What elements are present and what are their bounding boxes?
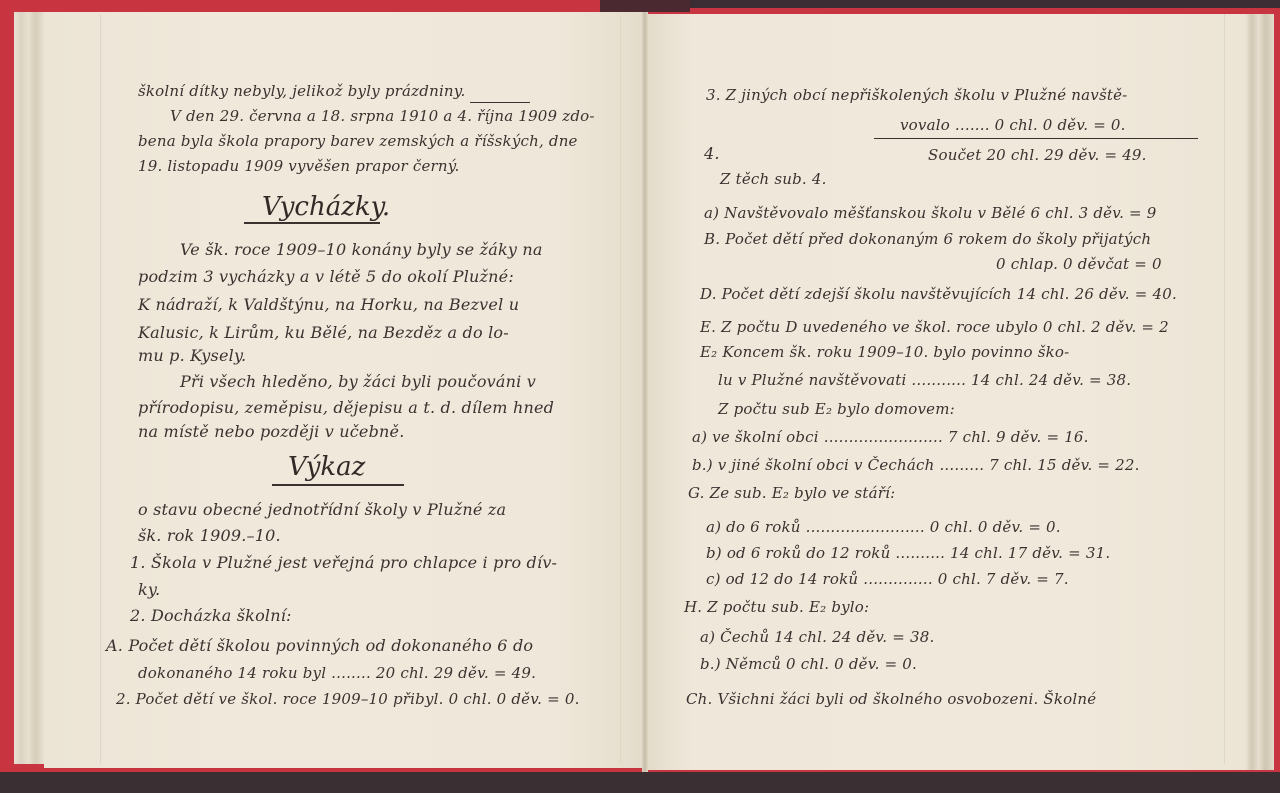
text-line: H. Z počtu sub. E₂ bylo: [684, 598, 869, 616]
heading-vykaz: Výkaz [288, 452, 365, 482]
text-line: 2. Počet dětí ve škol. roce 1909–10 přib… [116, 690, 580, 708]
text-line: c) od 12 do 14 roků .............. 0 chl… [706, 570, 1069, 588]
text-line: a) Navštěvovalo měšťanskou školu v Bělé … [704, 204, 1157, 222]
text-line: vovalo ....... 0 chl. 0 děv. = 0. [900, 116, 1126, 134]
text-line: Z těch sub. 4. [720, 170, 827, 188]
book-gutter [642, 12, 648, 772]
text-line: školní dítky nebyly, jelikož byly prázdn… [138, 82, 465, 100]
text-line: Při všech hleděno, by žáci byli poučován… [180, 372, 536, 391]
text-line: a) do 6 roků ........................ 0 … [706, 518, 1061, 536]
text-line: B. Počet dětí před dokonaným 6 rokem do … [704, 230, 1151, 248]
text-line: 0 chlap. 0 děvčat = 0 [996, 255, 1162, 273]
page-edges-right [1240, 14, 1274, 770]
text-line: přírodopisu, zeměpisu, dějepisu a t. d. … [138, 398, 554, 417]
text-line: Součet 20 chl. 29 děv. = 49. [928, 146, 1147, 164]
text-line: A. Počet dětí školou povinných od dokona… [106, 636, 533, 655]
text-line: na místě nebo později v učebně. [138, 422, 405, 441]
text-line: Ch. Všichni žáci byli od školného osvobo… [686, 690, 1096, 708]
text-line: podzim 3 vycházky a v létě 5 do okolí Pl… [138, 267, 514, 286]
text-line: šk. rok 1909.–10. [138, 526, 281, 545]
text-line: D. Počet dětí zdejší školu navštěvujícíc… [700, 285, 1177, 303]
text-line: 19. listopadu 1909 vyvěšen prapor černý. [138, 157, 459, 175]
text-line: 3. Z jiných obcí nepřiškolených školu v … [706, 86, 1127, 104]
text-line: 2. Docházka školní: [130, 606, 292, 625]
text-line: Z počtu sub E₂ bylo domovem: [718, 400, 955, 418]
text-line: b.) v jiné školní obci v Čechách .......… [692, 456, 1140, 474]
text-line: b) od 6 roků do 12 roků .......... 14 ch… [706, 544, 1110, 562]
text-line: a) Čechů 14 chl. 24 děv. = 38. [700, 628, 934, 646]
text-line: 4. [704, 144, 720, 163]
text-line: Ve šk. roce 1909–10 konány byly se žáky … [180, 240, 543, 259]
underline [470, 102, 530, 103]
text-line: b.) Němců 0 chl. 0 děv. = 0. [700, 655, 917, 673]
text-line: G. Ze sub. E₂ bylo ve stáří: [688, 484, 895, 502]
heading-underline [244, 222, 380, 224]
left-page-margin-line [100, 14, 101, 764]
text-line: mu p. Kysely. [138, 346, 246, 365]
background-top [690, 0, 1280, 8]
text-line: dokonaného 14 roku byl ........ 20 chl. … [138, 664, 536, 682]
text-line: E₂ Koncem šk. roku 1909–10. bylo povinno… [700, 343, 1069, 361]
heading-vychazky: Vycházky. [262, 192, 390, 222]
text-line: a) ve školní obci ......................… [692, 428, 1089, 446]
sum-rule [874, 138, 1198, 139]
right-page-margin-line [1224, 14, 1225, 764]
text-line: V den 29. června a 18. srpna 1910 a 4. ř… [170, 107, 595, 125]
text-line: ky. [138, 580, 160, 599]
text-line: K nádraží, k Valdštýnu, na Horku, na Bez… [138, 295, 519, 314]
text-line: E. Z počtu D uvedeného ve škol. roce uby… [700, 318, 1169, 336]
text-line: o stavu obecné jednotřídní školy v Plužn… [138, 500, 506, 519]
text-line: Kalusic, k Lirům, ku Bělé, na Bezděz a d… [138, 323, 509, 342]
text-line: lu v Plužné navštěvovati ........... 14 … [718, 371, 1131, 389]
text-line: 1. Škola v Plužné jest veřejná pro chlap… [130, 553, 557, 572]
heading-underline [272, 484, 404, 486]
book-spine-top [600, 0, 690, 12]
left-page-margin-line-right [620, 14, 621, 764]
text-line: bena byla škola prapory barev zemských a… [138, 132, 578, 150]
